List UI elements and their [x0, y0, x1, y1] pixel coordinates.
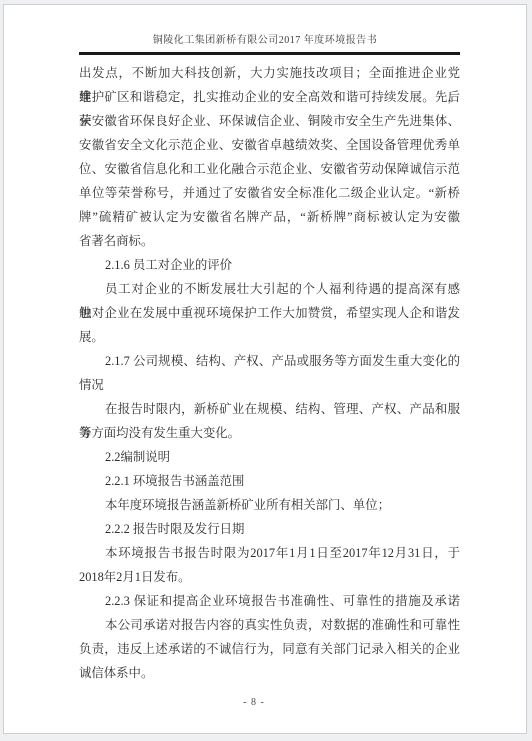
text-line: 维护矿区和谐稳定，扎实推动企业的安全高效和谐可持续发展。先后荣 — [79, 85, 460, 109]
text-line: 获安徽省环保良好企业、环保诚信企业、铜陵市安全生产先进集体、 — [79, 109, 460, 133]
text-line: 出发点，不断加大科技创新，大力实施技改项目；全面推进企业党建， — [79, 61, 460, 85]
text-line: 牌”硫精矿被认定为安徽省名牌产品，“新桥牌”商标被认定为安徽 — [79, 205, 460, 229]
text-line: 本公司承诺对报告内容的真实性负责，对数据的准确性和可靠性 — [79, 613, 460, 637]
text-line: 2018年2月1日发布。 — [79, 565, 460, 589]
text-line: 负责，违反上述承诺的不诚信行为，同意有关部门记录入相关的企业 — [79, 637, 460, 661]
text-line: 等方面均没有发生重大变化。 — [79, 421, 460, 445]
page-header-title: 铜陵化工集团新桥有限公司2017 年度环境报告书 — [4, 33, 526, 49]
text-line: 省著名商标。 — [79, 229, 460, 253]
document-body: 出发点，不断加大科技创新，大力实施技改项目；全面推进企业党建， 维护矿区和谐稳定… — [79, 61, 460, 685]
text-line: 本环境报告书报告时限为2017年1月1日至2017年12月31日，于 — [79, 541, 460, 565]
text-line: 员工对企业的不断发展壮大引起的个人福利待遇的提高深有感触， — [79, 277, 460, 301]
text-line: 在报告时限内，新桥矿业在规模、结构、管理、产权、产品和服务 — [79, 397, 460, 421]
section-heading: 2.2.1 环境报告书涵盖范围 — [79, 469, 460, 493]
text-line: 单位等荣誉称号，并通过了安徽省安全标准化二级企业认定。“新桥 — [79, 181, 460, 205]
header-rule — [79, 52, 460, 55]
text-line: 安徽省安全文化示范企业、安徽省卓越绩效奖、全国设备管理优秀单 — [79, 133, 460, 157]
text-line: 也对企业在发展中重视环境保护工作大加赞赏，希望实现人企和谐发 — [79, 301, 460, 325]
section-heading: 2.1.6 员工对企业的评价 — [79, 253, 460, 277]
section-heading: 2.2编制说明 — [79, 445, 460, 469]
text-line: 位、安徽省信息化和工业化融合示范企业、安徽省劳动保障诚信示范 — [79, 157, 460, 181]
page-number: - 8 - — [4, 695, 504, 711]
text-line: 情况 — [79, 373, 460, 397]
text-line: 诚信体系中。 — [79, 661, 460, 685]
text-line: 展。 — [79, 325, 460, 349]
section-heading: 2.2.2 报告时限及发行日期 — [79, 517, 460, 541]
document-page: 铜陵化工集团新桥有限公司2017 年度环境报告书 出发点，不断加大科技创新，大力… — [3, 4, 527, 734]
section-heading: 2.2.3 保证和提高企业环境报告书准确性、可靠性的措施及承诺 — [79, 589, 460, 613]
text-line: 本年度环境报告涵盖新桥矿业所有相关部门、单位； — [79, 493, 460, 517]
section-heading: 2.1.7 公司规模、结构、产权、产品或服务等方面发生重大变化的 — [79, 349, 460, 373]
